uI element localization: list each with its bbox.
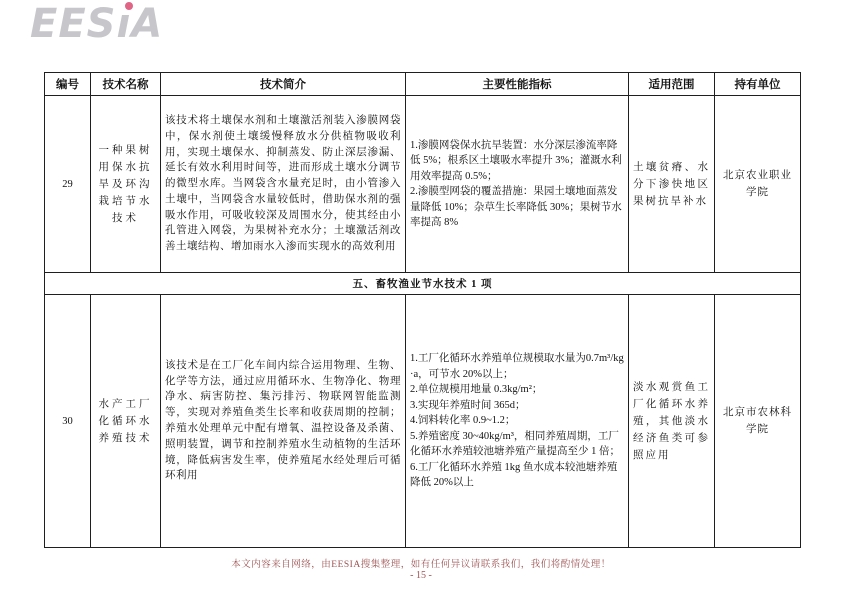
table-header-row: 编号 技术名称 技术简介 主要性能指标 适用范围 持有单位 [45, 73, 801, 96]
row30-tech-name: 水产工厂化循环水养殖技术 [91, 295, 161, 548]
row30-scope: 淡水观赏鱼工厂化循环水养殖，其他淡水经济鱼类可参照应用 [629, 295, 715, 548]
row29-holder: 北京农业职业学院 [715, 96, 801, 273]
row30-number: 30 [45, 295, 91, 548]
header-cell-number: 编号 [45, 73, 91, 96]
logo-text-suffix: A [131, 1, 163, 47]
logo-letter-i-with-pink-dot-icon: ı [116, 0, 131, 48]
header-cell-tech-name: 技术名称 [91, 73, 161, 96]
row30-performance-indicators: 1.工厂化循环水养殖单位规模取水量为0.7m³/kg·a，可节水 20%以上； … [406, 295, 629, 548]
header-cell-performance: 主要性能指标 [406, 73, 629, 96]
section-header-title: 五、畜牧渔业节水技术 1 项 [45, 273, 801, 295]
row29-tech-name: 一种果树用保水抗旱及环沟栽培节水技术 [91, 96, 161, 273]
logo-text-prefix: EES [30, 1, 116, 47]
row30-tech-intro: 该技术是在工厂化车间内综合运用物理、生物、化学等方法，通过应用循环水、生物净化、… [161, 295, 406, 548]
technology-table: 编号 技术名称 技术简介 主要性能指标 适用范围 持有单位 29 一种果树用保水… [44, 72, 801, 548]
row30-holder: 北京市农林科学院 [715, 295, 801, 548]
table-row: 30 水产工厂化循环水养殖技术 该技术是在工厂化车间内综合运用物理、生物、化学等… [45, 295, 801, 548]
section-header-row: 五、畜牧渔业节水技术 1 项 [45, 273, 801, 295]
page-number: - 15 - [0, 570, 842, 581]
header-cell-scope: 适用范围 [629, 73, 715, 96]
footer-disclaimer: 本文内容来自网络，由EESIA搜集整理，如有任何异议请联系我们，我们将酌情处理！ [0, 556, 842, 570]
row29-scope: 土壤贫瘠、水分下渗快地区果树抗旱补水 [629, 96, 715, 273]
row29-number: 29 [45, 96, 91, 273]
header-cell-tech-intro: 技术简介 [161, 73, 406, 96]
eesia-logo: EESıA [30, 0, 163, 48]
row29-performance-indicators: 1.渗膜网袋保水抗旱装置：水分深层渗流率降低 5%；根系区土壤吸水率提升 3%；… [406, 96, 629, 273]
table-row: 29 一种果树用保水抗旱及环沟栽培节水技术 该技术将土壤保水剂和土壤激活剂装入渗… [45, 96, 801, 273]
row29-tech-intro: 该技术将土壤保水剂和土壤激活剂装入渗膜网袋中，保水剂使土壤缓慢释放水分供植物吸收… [161, 96, 406, 273]
header-cell-holder: 持有单位 [715, 73, 801, 96]
